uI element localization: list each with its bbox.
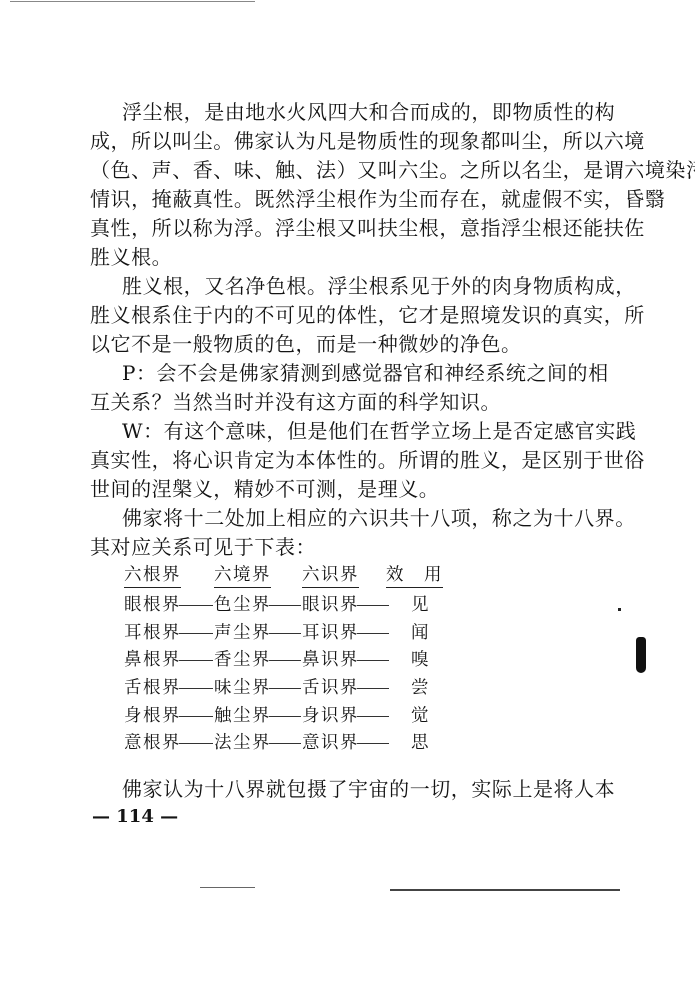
table-cell: 法尘界	[214, 729, 271, 757]
connector-dash	[269, 716, 301, 717]
connector-dash	[269, 660, 301, 661]
table-row: 鼻根界 香尘界 鼻识界 嗅	[124, 646, 464, 674]
text-line: 胜义根，又名净色根。浮尘根系见于外的肉身物质构成，	[122, 272, 552, 301]
scan-artifact-bottom-dash	[200, 887, 255, 888]
text-line: 互关系？当然当时并没有这方面的科学知识。	[90, 388, 552, 417]
closing-text-line: 佛家认为十八界就包摄了宇宙的一切，实际上是将人本	[122, 775, 552, 804]
table-cell: 见	[411, 591, 430, 619]
text-line: 胜义根系住于内的不可见的体性，它才是照境发识的真实，所	[90, 301, 552, 330]
table-cell: 身根界	[124, 702, 181, 730]
text-line: （色、声、香、味、触、法）又叫六尘。之所以名尘，是谓六境染污	[90, 156, 552, 185]
connector-dash	[179, 743, 213, 744]
table-cell: 香尘界	[214, 646, 271, 674]
table-header-row: 六根界 六境界 六识界 效 用	[124, 563, 464, 591]
connector-dash	[179, 716, 213, 717]
connector-dash	[269, 633, 301, 634]
table-row: 眼根界 色尘界 眼识界 见	[124, 591, 464, 619]
page-number: — 114 —	[92, 804, 178, 830]
connector-dash	[179, 660, 213, 661]
table-cell: 闻	[411, 619, 430, 647]
text-line: 其对应关系可见于下表：	[90, 533, 552, 562]
table-row: 身根界 触尘界 身识界 觉	[124, 702, 464, 730]
table-cell: 思	[411, 729, 430, 757]
scan-artifact-mark	[618, 608, 621, 611]
table-cell: 意识界	[302, 729, 359, 757]
table-cell: 鼻识界	[302, 646, 359, 674]
connector-dash	[357, 743, 389, 744]
table-cell: 耳识界	[302, 619, 359, 647]
connector-dash	[179, 688, 213, 689]
table-cell: 味尘界	[214, 674, 271, 702]
table-row: 意根界 法尘界 意识界 思	[124, 729, 464, 757]
table-cell: 声尘界	[214, 619, 271, 647]
text-line: 情识，掩蔽真性。既然浮尘根作为尘而存在，就虚假不实，昏翳	[90, 185, 552, 214]
table-cell: 意根界	[124, 729, 181, 757]
table-cell: 嗅	[411, 646, 430, 674]
text-line: 真实性，将心识肯定为本体性的。所谓的胜义，是区别于世俗	[90, 446, 552, 475]
table-row: 耳根界 声尘界 耳识界 闻	[124, 619, 464, 647]
table-cell: 舌识界	[302, 674, 359, 702]
table-header-cell: 六境界	[214, 563, 271, 588]
text-line: 世间的涅槃义，精妙不可测，是理义。	[90, 475, 552, 504]
table-cell: 眼根界	[124, 591, 181, 619]
table-cell: 眼识界	[302, 591, 359, 619]
connector-dash	[179, 605, 213, 606]
scan-artifact-top-line	[10, 1, 255, 2]
text-line: 浮尘根，是由地水火风四大和合而成的，即物质性的构	[122, 98, 552, 127]
connector-dash	[269, 743, 301, 744]
table-header-cell: 六根界	[124, 563, 181, 588]
connector-dash	[357, 605, 389, 606]
table-cell: 身识界	[302, 702, 359, 730]
text-line: 胜义根。	[90, 243, 552, 272]
connector-dash	[269, 605, 301, 606]
text-line: 真性，所以称为浮。浮尘根又叫扶尘根，意指浮尘根还能扶佐	[90, 214, 552, 243]
connector-dash	[357, 716, 389, 717]
table-cell: 色尘界	[214, 591, 271, 619]
scan-artifact-bottom-line	[390, 889, 620, 891]
table-header-cell: 效 用	[386, 563, 443, 588]
table-cell: 鼻根界	[124, 646, 181, 674]
text-line: 佛家将十二处加上相应的六识共十八项，称之为十八界。	[122, 504, 552, 533]
text-line: 以它不是一般物质的色，而是一种微妙的净色。	[90, 330, 552, 359]
table-cell: 尝	[411, 674, 430, 702]
table-cell: 耳根界	[124, 619, 181, 647]
connector-dash	[179, 633, 213, 634]
table-row: 舌根界 味尘界 舌识界 尝	[124, 674, 464, 702]
text-line: W：有这个意味，但是他们在哲学立场上是否定感官实践	[122, 417, 552, 446]
connector-dash	[357, 688, 389, 689]
text-line: P：会不会是佛家猜测到感觉器官和神经系统之间的相	[122, 359, 552, 388]
scan-artifact-smudge	[636, 637, 646, 673]
text-line: 成，所以叫尘。佛家认为凡是物质性的现象都叫尘，所以六境	[90, 127, 552, 156]
table-cell: 触尘界	[214, 702, 271, 730]
connector-dash	[357, 633, 389, 634]
table-cell: 舌根界	[124, 674, 181, 702]
book-page: 浮尘根，是由地水火风四大和合而成的，即物质性的构 成，所以叫尘。佛家认为凡是物质…	[0, 0, 695, 983]
table-header-cell: 六识界	[302, 563, 359, 588]
connector-dash	[357, 660, 389, 661]
connector-dash	[269, 688, 301, 689]
table-cell: 觉	[411, 702, 430, 730]
